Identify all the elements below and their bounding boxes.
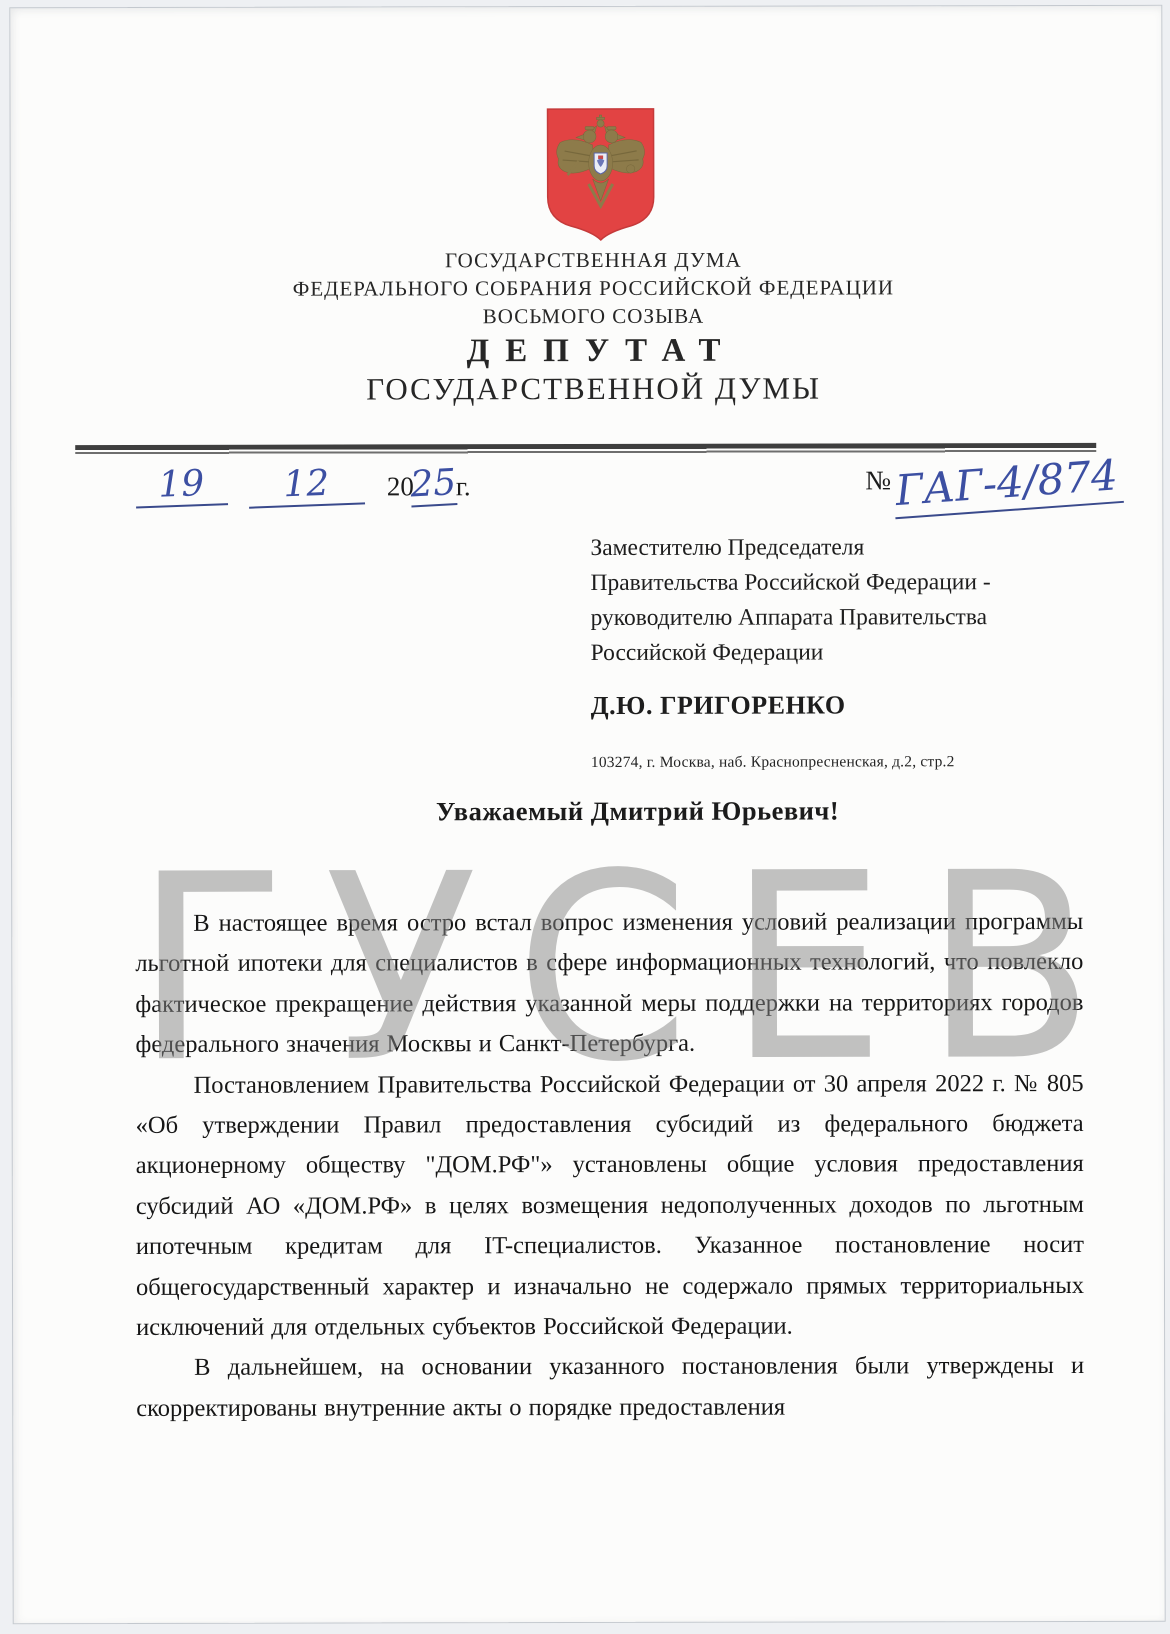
org-name-line1: ГОСУДАРСТВЕННАЯ ДУМА bbox=[18, 247, 1169, 274]
handwritten-year: 25 bbox=[409, 462, 457, 507]
emblem-svg bbox=[545, 107, 657, 241]
russia-coat-of-arms-icon bbox=[545, 107, 657, 241]
outgoing-number-field: №ГАГ-4/874 bbox=[865, 458, 1122, 512]
body-paragraph: В дальнейшем, на основании указанного по… bbox=[136, 1346, 1084, 1429]
addressee-line: Правительства Российской Федерации - bbox=[590, 565, 1110, 601]
salutation: Уважаемый Дмитрий Юрьевич! bbox=[436, 795, 839, 827]
scan-background: ГОСУДАРСТВЕННАЯ ДУМА ФЕДЕРАЛЬНОГО СОБРАН… bbox=[0, 0, 1170, 1634]
dateline-row: 19 12 2025г. №ГАГ-4/874 bbox=[75, 458, 1096, 524]
handwritten-number: ГАГ-4/874 bbox=[891, 450, 1123, 519]
addressee-name: Д.Ю. ГРИГОРЕНКО bbox=[591, 687, 1111, 723]
addressee-line: Российской Федерации bbox=[591, 635, 1111, 671]
letter-body: В настоящее время остро встал вопрос изм… bbox=[135, 902, 1084, 1429]
addressee-line: Заместителю Председателя bbox=[590, 530, 1110, 566]
body-paragraph: В настоящее время остро встал вопрос изм… bbox=[135, 902, 1083, 1066]
number-sign: № bbox=[865, 465, 891, 495]
letter-page: ГОСУДАРСТВЕННАЯ ДУМА ФЕДЕРАЛЬНОГО СОБРАН… bbox=[9, 5, 1165, 1624]
addressee-line: руководителю Аппарата Правительства bbox=[591, 600, 1111, 636]
org-name-line2: ФЕДЕРАЛЬНОГО СОБРАНИЯ РОССИЙСКОЙ ФЕДЕРАЦ… bbox=[18, 275, 1169, 302]
year-suffix: г. bbox=[456, 471, 471, 501]
addressee-postal-address: 103274, г. Москва, наб. Краснопресненска… bbox=[591, 744, 1111, 780]
org-name-line3: ВОСЬМОГО СОЗЫВА bbox=[18, 303, 1169, 330]
body-paragraph: Постановлением Правительства Российской … bbox=[136, 1064, 1085, 1349]
sender-title-line2: ГОСУДАРСТВЕННОЙ ДУМЫ bbox=[18, 370, 1169, 408]
handwritten-month: 12 bbox=[247, 461, 365, 508]
sender-title-line1: ДЕПУТАТ bbox=[18, 332, 1169, 371]
addressee-block: Заместителю Председателя Правительства Р… bbox=[590, 530, 1111, 780]
handwritten-day: 19 bbox=[135, 462, 229, 508]
date-field: 19 12 2025г. bbox=[135, 463, 470, 507]
letterhead-divider-rule bbox=[75, 443, 1096, 455]
